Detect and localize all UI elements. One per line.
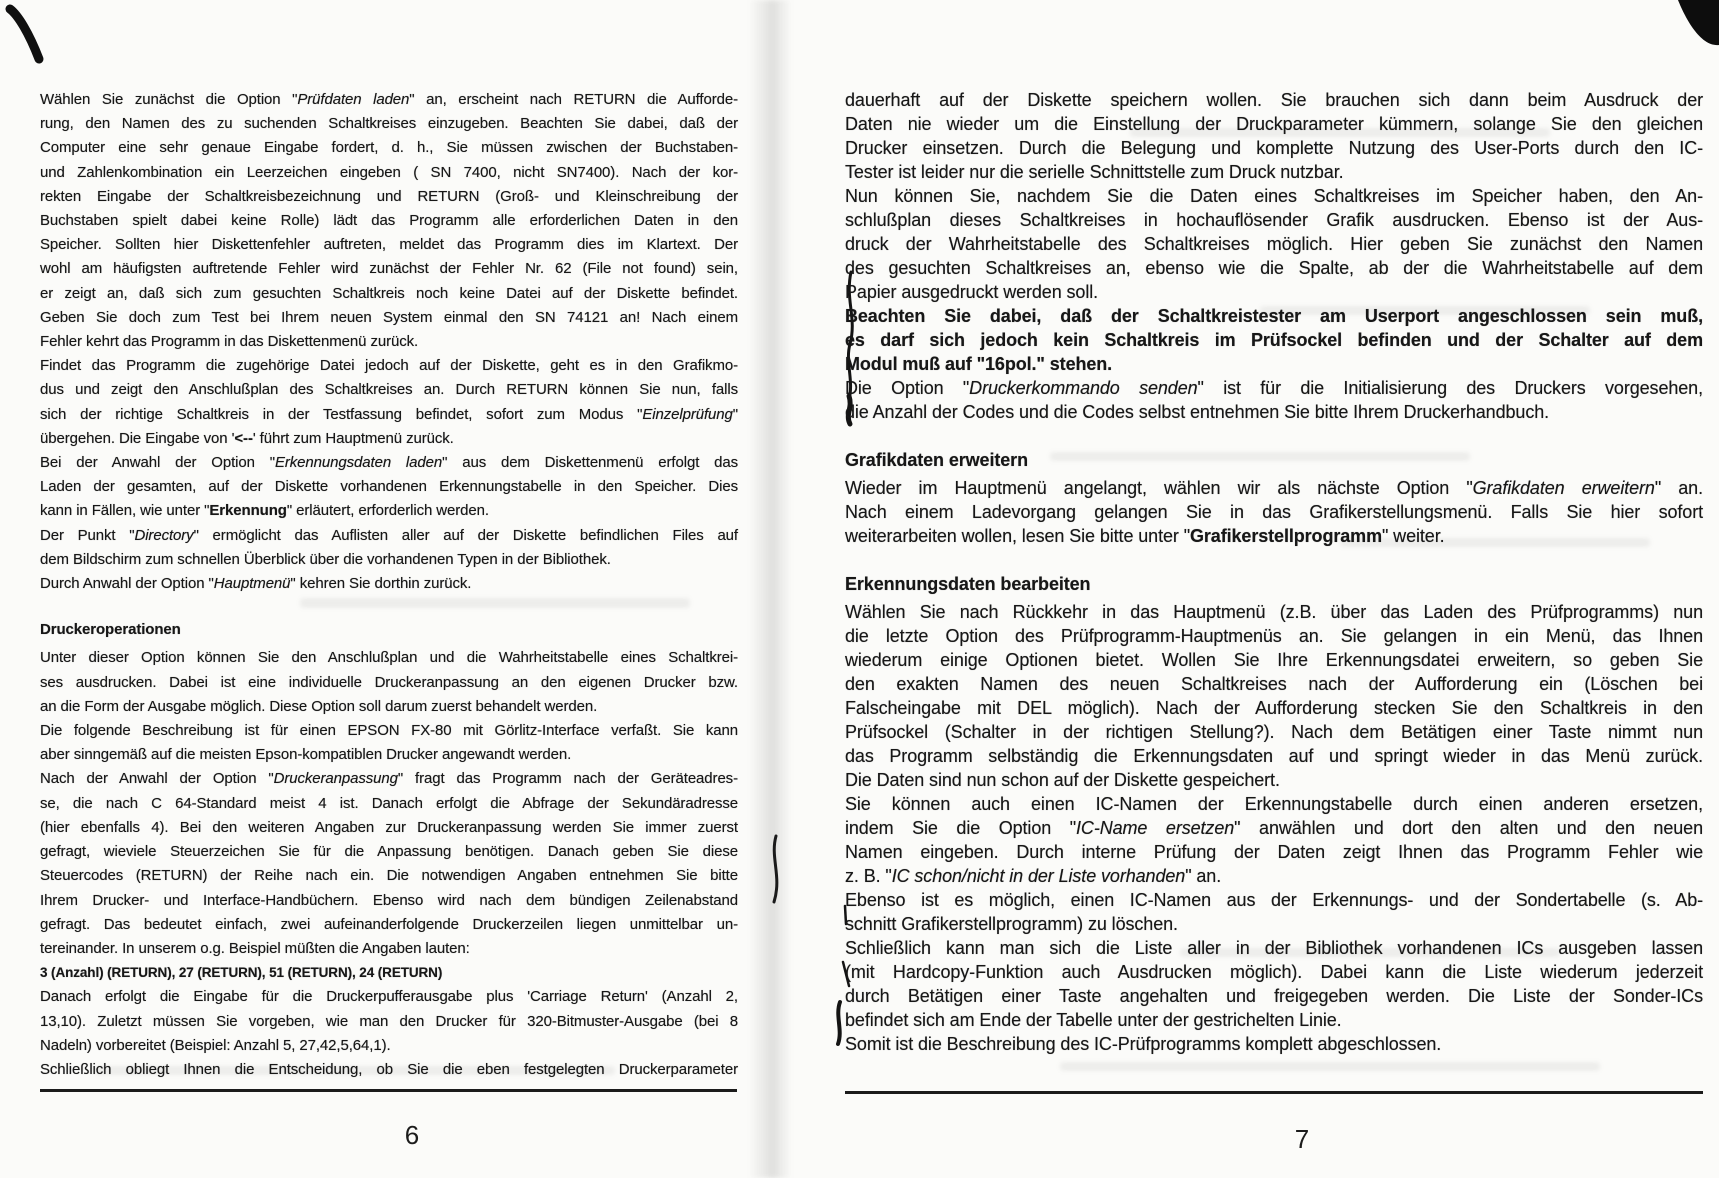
paragraph: 3 (Anzahl) (RETURN), 27 (RETURN), 51 (RE…	[40, 961, 738, 985]
text-line: Schließlich kann man sich die Liste alle…	[845, 936, 1703, 960]
text-line: wiederum einige Optionen bietet. Wollen …	[845, 648, 1703, 672]
text-line: Sie können auch einen IC-Namen der Erken…	[845, 792, 1703, 816]
text-line: er zeigt an, daß sich zum gesuchten Scha…	[40, 282, 738, 306]
text-line: die letzte Option des Prüfprogramm-Haupt…	[845, 624, 1703, 648]
text-line: se, die nach C 64-Standard meist 4 ist. …	[40, 792, 738, 816]
page-7-text-column: dauerhaft auf der Diskette speichern wol…	[845, 88, 1703, 1056]
text-line: Nadeln) vorbereitet (Beispiel: Anzahl 5,…	[40, 1034, 738, 1058]
paragraph: Der Punkt "Directory" ermöglicht das Auf…	[40, 524, 738, 572]
text-line: die Anzahl der Codes und die Codes selbs…	[845, 400, 1703, 424]
text-line: Geben Sie doch zum Test bei Ihrem neuen …	[40, 306, 738, 330]
text-line: Wieder im Hauptmenü angelangt, wählen wi…	[845, 476, 1703, 500]
text-line: an die Form der Ausgabe möglich. Diese O…	[40, 695, 738, 719]
text-line: gefragt. Das bedeutet einfach, zwei aufe…	[40, 913, 738, 937]
text-line: Wählen Sie nach Rückkehr in das Hauptmen…	[845, 600, 1703, 624]
section-heading: Erkennungsdaten bearbeiten	[845, 572, 1703, 596]
page-number-right: 7	[1272, 1124, 1332, 1155]
text-line: Drucker einsetzen. Durch die Belegung un…	[845, 136, 1703, 160]
text-line: Unter dieser Option können Sie den Ansch…	[40, 646, 738, 670]
paragraph: Findet das Programm die zugehörige Datei…	[40, 354, 738, 451]
paragraph: Nach der Anwahl der Option "Druckeranpas…	[40, 767, 738, 961]
text-line: Die Daten sind nun schon auf der Diskett…	[845, 768, 1703, 792]
paragraph: Wählen Sie zunächst die Option "Prüfdate…	[40, 88, 738, 354]
text-line: Prüfsockel (Schalter in der richtigen St…	[845, 720, 1703, 744]
text-line: den exakten Namen des neuen Schaltkreise…	[845, 672, 1703, 696]
text-line: Durch Anwahl der Option "Hauptmenü" kehr…	[40, 572, 738, 596]
text-line: (mit Hardcopy-Funktion auch Ausdrucken m…	[845, 960, 1703, 984]
footer-rule-right	[845, 1091, 1703, 1094]
paragraph: Bei der Anwahl der Option "Erkennungsdat…	[40, 451, 738, 524]
scan-gutter-shadow	[748, 0, 792, 1178]
text-line: übergehen. Die Eingabe von '<--' führt z…	[40, 427, 738, 451]
text-line: aber sinngemäß auf die meisten Epson-kom…	[40, 743, 738, 767]
paragraph: Wieder im Hauptmenü angelangt, wählen wi…	[845, 476, 1703, 548]
text-line: Schließlich obliegt Ihnen die Entscheidu…	[40, 1058, 738, 1082]
text-line: ses ausdrucken. Dabei ist eine individue…	[40, 671, 738, 695]
text-line: 3 (Anzahl) (RETURN), 27 (RETURN), 51 (RE…	[40, 961, 738, 985]
scanned-manual-spread: { "document": { "kind": "scanned book sp…	[0, 0, 1719, 1178]
text-line: Ebenso ist es möglich, einen IC-Namen au…	[845, 888, 1703, 912]
paragraph: Ebenso ist es möglich, einen IC-Namen au…	[845, 888, 1703, 936]
text-line: Ihrem Drucker- und Interface-Handbüchern…	[40, 889, 738, 913]
text-line: Die folgende Beschreibung ist für einen …	[40, 719, 738, 743]
text-line: druck der Wahrheitstabelle des Schaltkre…	[845, 232, 1703, 256]
text-line: des gesuchten Schaltkreises an, ebenso w…	[845, 256, 1703, 280]
text-line: Beachten Sie dabei, daß der Schaltkreist…	[845, 304, 1703, 328]
paragraph: dauerhaft auf der Diskette speichern wol…	[845, 88, 1703, 184]
footer-rule-left	[40, 1089, 737, 1092]
paragraph: Somit ist die Beschreibung des IC-Prüfpr…	[845, 1032, 1703, 1056]
text-line: Computer eine sehr genaue Eingabe forder…	[40, 136, 738, 160]
text-line: Speicher. Sollten hier Diskettenfehler a…	[40, 233, 738, 257]
paragraph: Wählen Sie nach Rückkehr in das Hauptmen…	[845, 600, 1703, 792]
paragraph: Nun können Sie, nachdem Sie die Daten ei…	[845, 184, 1703, 304]
text-line: Die Option "Druckerkommando senden" ist …	[845, 376, 1703, 400]
text-line: dus und zeigt den Anschlußplan des Schal…	[40, 378, 738, 402]
text-line: Modul muß auf "16pol." stehen.	[845, 352, 1703, 376]
ink-mark-gutter-bottom	[838, 1002, 840, 1044]
bleed-through-smudge	[1060, 1062, 1600, 1071]
text-line: Papier ausgedruckt werden soll.	[845, 280, 1703, 304]
text-line: kann in Fällen, wie unter "Erkennung" er…	[40, 499, 738, 523]
text-line: 13,10). Zuletzt müssen Sie vorgeben, wie…	[40, 1010, 738, 1034]
paragraph: Sie können auch einen IC-Namen der Erken…	[845, 792, 1703, 888]
text-line: Der Punkt "Directory" ermöglicht das Auf…	[40, 524, 738, 548]
text-line: und Zahlenkombination ein Leerzeichen ei…	[40, 161, 738, 185]
paragraph: Unter dieser Option können Sie den Ansch…	[40, 646, 738, 719]
text-line: weiterarbeiten wollen, lesen Sie bitte u…	[845, 524, 1703, 548]
paragraph: Danach erfolgt die Eingabe für die Druck…	[40, 985, 738, 1058]
text-line: z. B. "IC schon/nicht in der Liste vorha…	[845, 864, 1703, 888]
text-line: Falscheingabe mit DEL möglich). Nach der…	[845, 696, 1703, 720]
text-line: Danach erfolgt die Eingabe für die Druck…	[40, 985, 738, 1009]
text-line: Wählen Sie zunächst die Option "Prüfdate…	[40, 88, 738, 112]
ink-mark-top-right	[1678, 0, 1719, 45]
section-heading: Grafikdaten erweitern	[845, 448, 1703, 472]
paragraph: Schließlich obliegt Ihnen die Entscheidu…	[40, 1058, 738, 1082]
text-line: Daten nie wieder um die Einstellung der …	[845, 112, 1703, 136]
text-line: Steuercodes (RETURN) der Reihe nach ein.…	[40, 864, 738, 888]
section-heading: Druckeroperationen	[40, 618, 738, 642]
text-line: rung, den Namen des zu suchenden Schaltk…	[40, 112, 738, 136]
text-line: Tester ist leider nur die serielle Schni…	[845, 160, 1703, 184]
text-line: indem Sie die Option "IC-Name ersetzen" …	[845, 816, 1703, 840]
text-line: Nun können Sie, nachdem Sie die Daten ei…	[845, 184, 1703, 208]
text-line: dem Bildschirm zum schnellen Überblick ü…	[40, 548, 738, 572]
text-line: rekten Eingabe der Schaltkreisbezeichnun…	[40, 185, 738, 209]
text-line: durch Betätigen einer Taste angehalten u…	[845, 984, 1703, 1008]
text-line: Namen eingeben. Durch interne Prüfung de…	[845, 840, 1703, 864]
paragraph: Die Option "Druckerkommando senden" ist …	[845, 376, 1703, 424]
paragraph: Beachten Sie dabei, daß der Schaltkreist…	[845, 304, 1703, 376]
paragraph: Schließlich kann man sich die Liste alle…	[845, 936, 1703, 1032]
text-line: (hier ebenfalls 4). Bei den weiteren Ang…	[40, 816, 738, 840]
page-6-text-column: Wählen Sie zunächst die Option "Prüfdate…	[40, 88, 738, 1082]
text-line: sich der richtige Schaltkreis in der Tes…	[40, 403, 738, 427]
text-line: gefragt, wieviele Steuerzeichen Sie für …	[40, 840, 738, 864]
text-line: tereinander. In unserem o.g. Beispiel mü…	[40, 937, 738, 961]
text-line: dauerhaft auf der Diskette speichern wol…	[845, 88, 1703, 112]
text-line: Fehler kehrt das Programm in das Diskett…	[40, 330, 738, 354]
text-line: Findet das Programm die zugehörige Datei…	[40, 354, 738, 378]
text-line: schnitt Grafikerstellprogramm) zu lösche…	[845, 912, 1703, 936]
text-line: Somit ist die Beschreibung des IC-Prüfpr…	[845, 1032, 1703, 1056]
paragraph: Durch Anwahl der Option "Hauptmenü" kehr…	[40, 572, 738, 596]
paragraph: Die folgende Beschreibung ist für einen …	[40, 719, 738, 767]
text-line: Nach einem Ladevorgang gelangen Sie in d…	[845, 500, 1703, 524]
text-line: das Programm selbständig die Erkennungsd…	[845, 744, 1703, 768]
page-number-left: 6	[382, 1120, 442, 1151]
text-line: Laden der gesamten, auf der Diskette vor…	[40, 475, 738, 499]
text-line: wohl am häufigsten auftretende Fehler wi…	[40, 257, 738, 281]
text-line: befindet sich am Ende der Tabelle unter …	[845, 1008, 1703, 1032]
text-line: Buchstaben spielt dabei keine Rolle) läd…	[40, 209, 738, 233]
text-line: schlußplan dieses Schaltkreises in hocha…	[845, 208, 1703, 232]
text-line: Nach der Anwahl der Option "Druckeranpas…	[40, 767, 738, 791]
ink-squiggle-gutter	[774, 836, 777, 902]
text-line: es darf sich jedoch kein Schaltkreis im …	[845, 328, 1703, 352]
ink-mark-top-left	[10, 9, 39, 59]
text-line: Bei der Anwahl der Option "Erkennungsdat…	[40, 451, 738, 475]
